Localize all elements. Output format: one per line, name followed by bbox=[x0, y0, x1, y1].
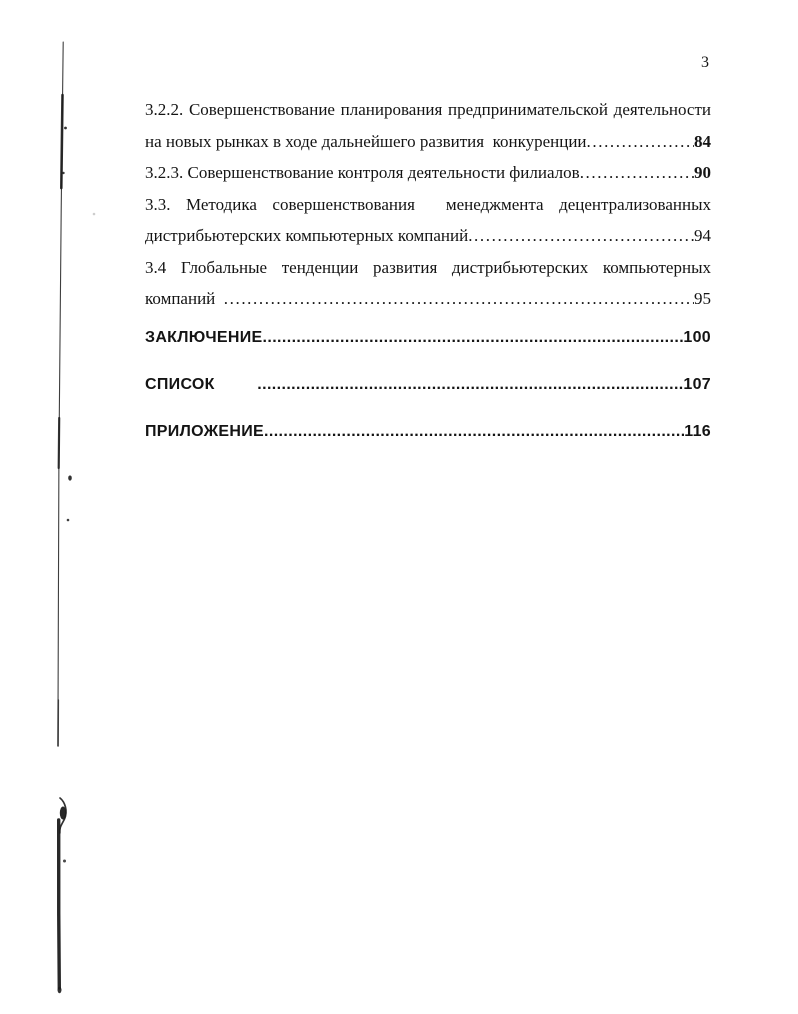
toc-page-ref: 84 bbox=[694, 126, 711, 158]
toc-line-3-2-2-continued: на новых рынках в ходе дальнейшего разви… bbox=[145, 126, 711, 158]
toc-entry-conclusion: ЗАКЛЮЧЕНИЕ .............................… bbox=[145, 328, 711, 348]
toc-entry-label: ЗАКЛЮЧЕНИЕ bbox=[145, 328, 263, 348]
toc-page-ref: 100 bbox=[683, 328, 711, 348]
dot-leader: ........................................… bbox=[263, 328, 684, 348]
toc-line-3-3-continued: дистрибьютерских компьютерных компаний .… bbox=[145, 220, 711, 252]
toc-line-text: на новых рынках в ходе дальнейшего разви… bbox=[145, 126, 587, 158]
toc-line-3-2-2: 3.2.2. Совершенствование планирования пр… bbox=[145, 94, 711, 126]
dot-leader: ........................................… bbox=[257, 375, 683, 395]
toc-line-3-3: 3.3. Методика совершенствования менеджме… bbox=[145, 189, 711, 221]
toc-page-ref: 116 bbox=[684, 422, 711, 442]
toc-line-3-4: 3.4 Глобальные тенденции развития дистри… bbox=[145, 252, 711, 284]
toc-page-ref: 95 bbox=[694, 283, 711, 315]
toc-line-3-2-3: 3.2.3. Совершенствование контроля деятел… bbox=[145, 157, 711, 189]
toc-entry-label: СПИСОК ЛИТЕРАТУРЫ bbox=[145, 375, 257, 395]
toc-page-ref: 94 bbox=[694, 220, 711, 252]
dot-leader: ........................................… bbox=[468, 220, 694, 252]
toc-entry-bibliography: СПИСОК ЛИТЕРАТУРЫ ......................… bbox=[145, 375, 711, 395]
toc-content: 3.2.2. Совершенствование планирования пр… bbox=[145, 94, 711, 442]
dot-leader: ........................................… bbox=[264, 422, 684, 442]
toc-line-3-4-continued: компаний ...............................… bbox=[145, 283, 711, 315]
toc-line-text: дистрибьютерских компьютерных компаний bbox=[145, 220, 468, 252]
toc-entry-appendix: ПРИЛОЖЕНИЕ .............................… bbox=[145, 422, 711, 442]
toc-line-text: 3.2.3. Совершенствование контроля деятел… bbox=[145, 157, 580, 189]
page-number: 3 bbox=[694, 54, 716, 72]
dot-leader: ........................................… bbox=[580, 157, 694, 189]
toc-entry-label: ПРИЛОЖЕНИЕ bbox=[145, 422, 264, 442]
toc-page-ref: 107 bbox=[683, 375, 711, 395]
dot-leader: ........................................… bbox=[224, 283, 694, 315]
toc-line-text: компаний bbox=[145, 283, 224, 315]
dot-leader: ........................................… bbox=[587, 126, 694, 158]
toc-page-ref: 90 bbox=[694, 157, 711, 189]
